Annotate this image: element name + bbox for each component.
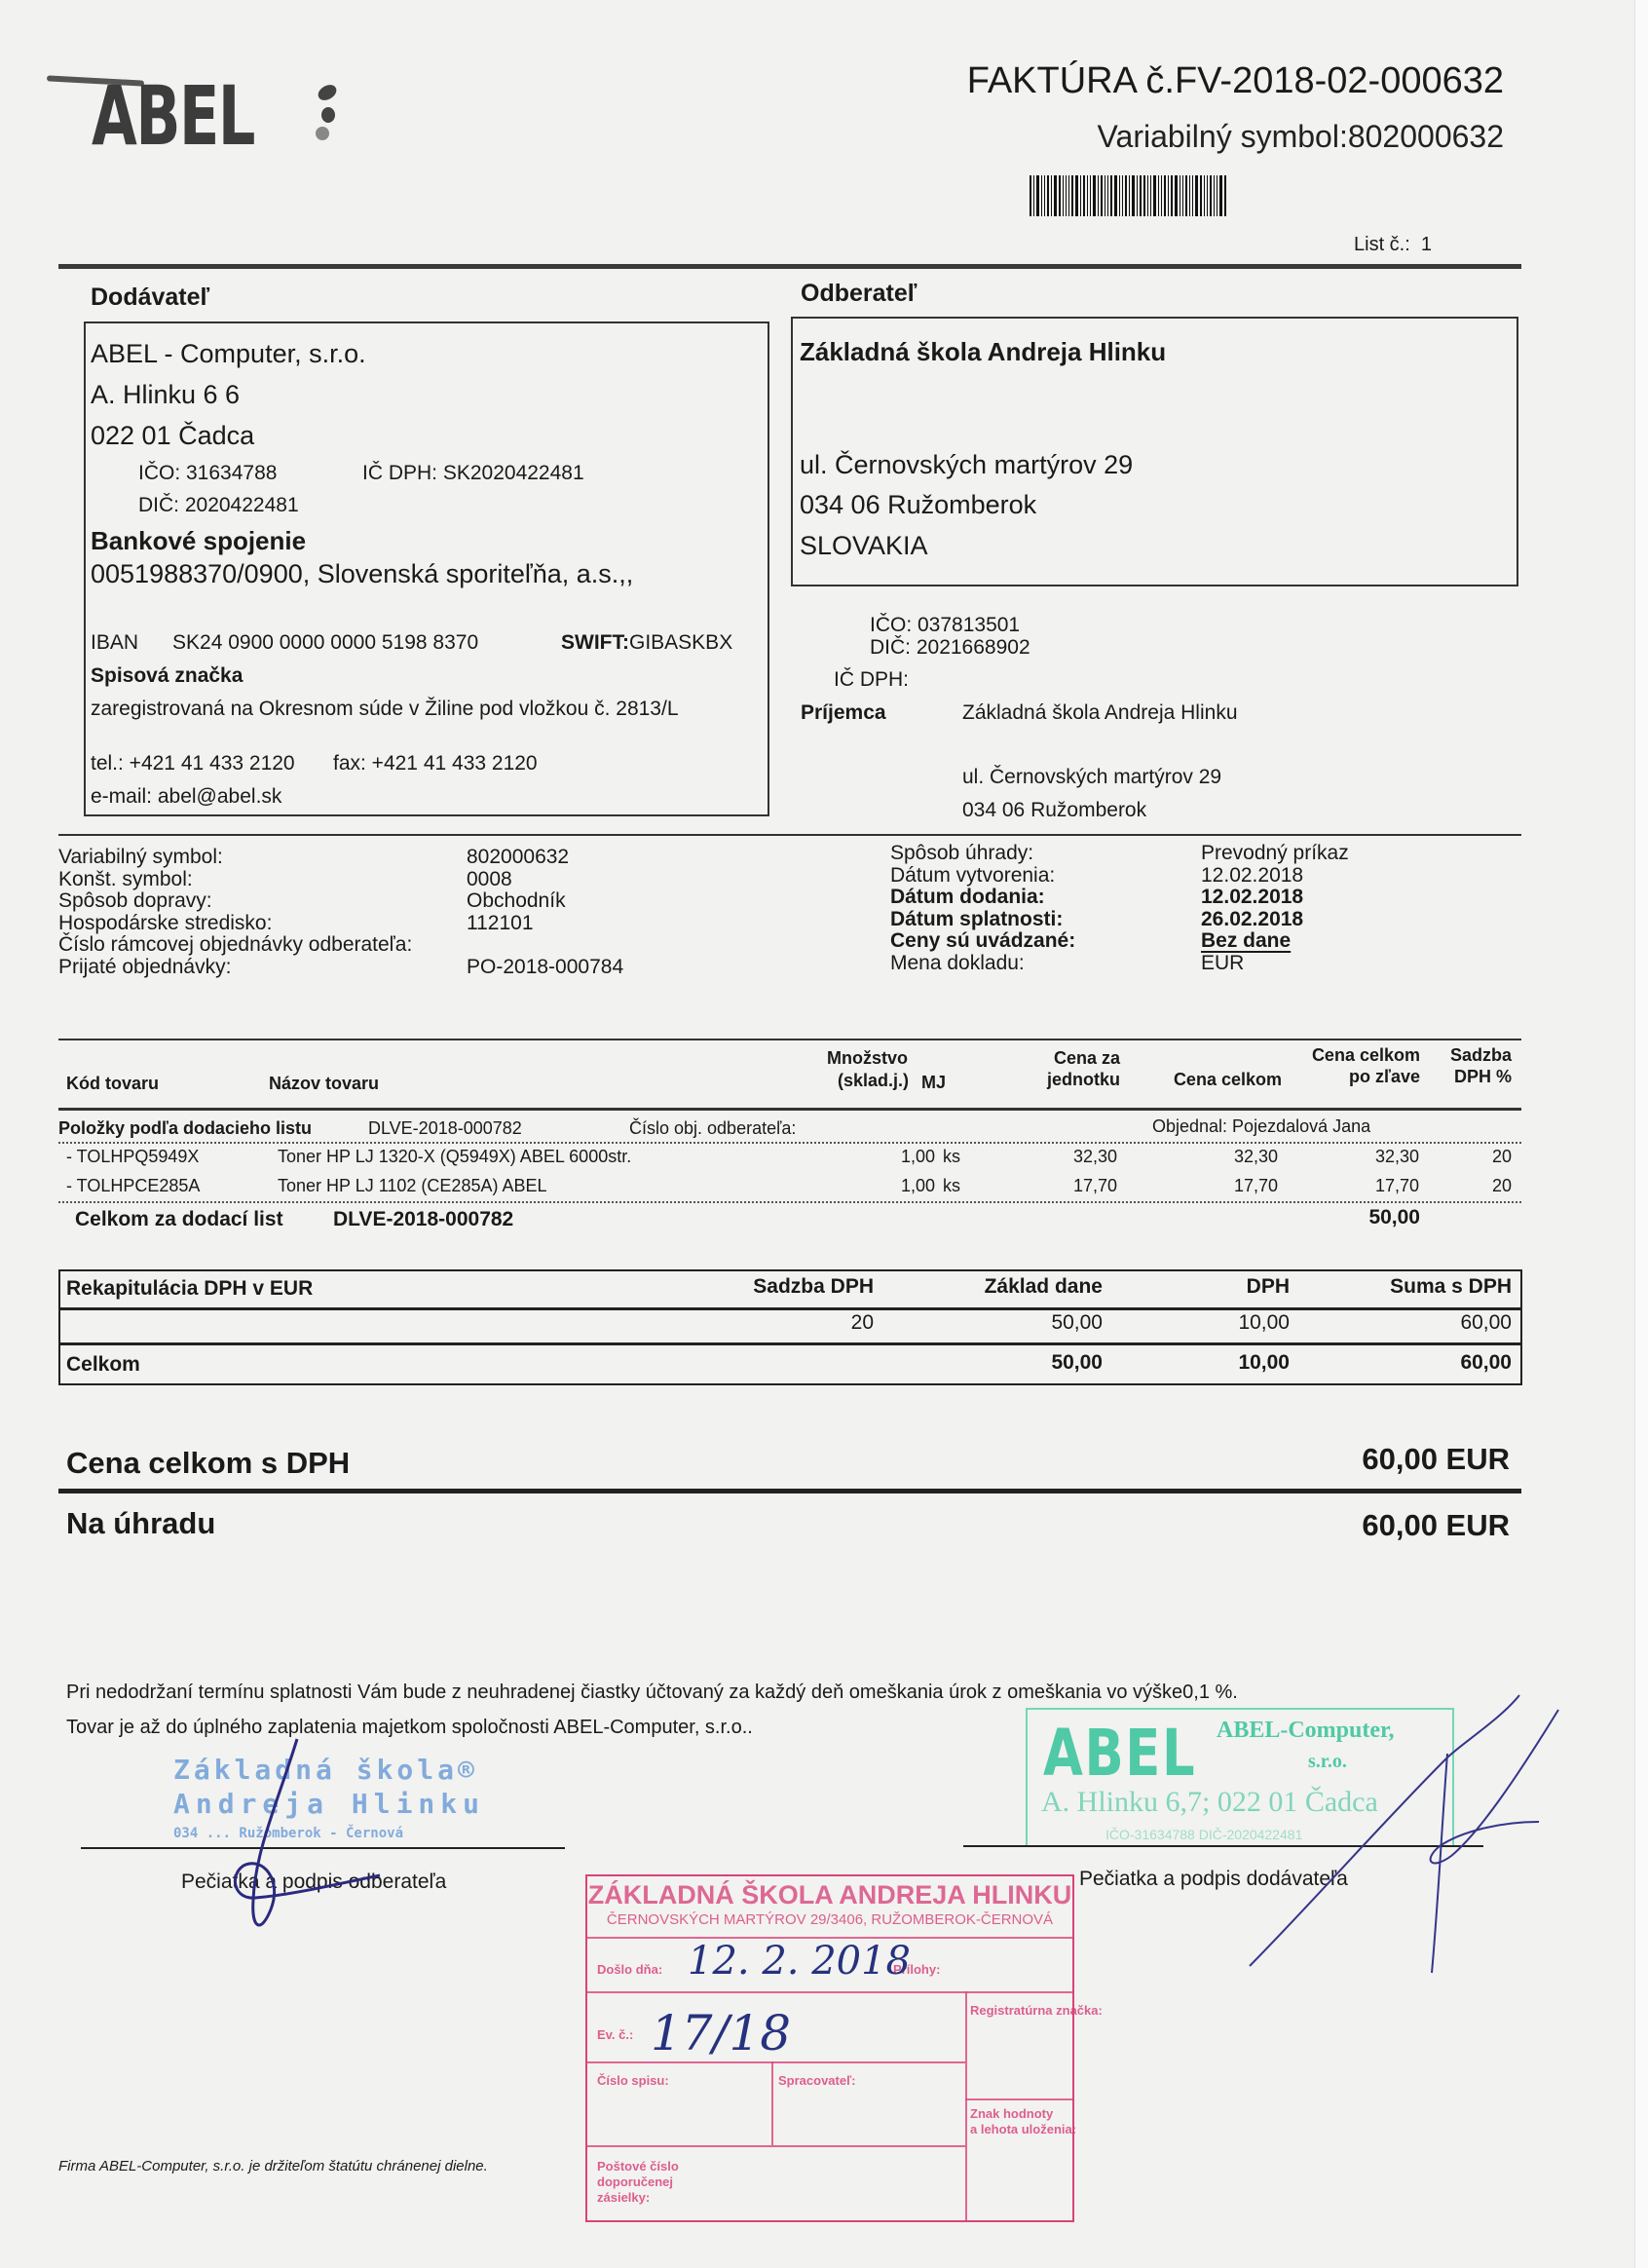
vat-col-total: Suma s DPH (1390, 1275, 1512, 1299)
info-label: Spôsob dopravy: (58, 889, 212, 913)
barcode-bar (1110, 175, 1112, 216)
barcode-bar (1098, 175, 1099, 216)
item-qty: 1,00 (901, 1147, 935, 1167)
handler-label: Spracovateľ: (778, 2073, 855, 2088)
vat-col-base: Základ dane (985, 1275, 1103, 1299)
col-vat-1: Sadzba (1450, 1045, 1512, 1066)
iban-value: SK24 0900 0000 0000 5198 8370 (172, 631, 478, 655)
recipient-city: 034 06 Ružomberok (962, 799, 1146, 822)
registry-stamp-title: ZÁKLADNÁ ŠKOLA ANDREJA HLINKU (587, 1880, 1072, 1910)
barcode-bar (1217, 175, 1217, 216)
barcode-bar (1153, 175, 1156, 216)
barcode-bar (1189, 175, 1190, 216)
barcode-bar (1107, 175, 1108, 216)
item-total-discounted: 32,30 (1375, 1147, 1419, 1167)
barcode-bar (1044, 175, 1045, 216)
barcode-bar (1147, 175, 1148, 216)
barcode-bar (1204, 175, 1205, 216)
barcode-bar (1083, 175, 1085, 216)
info-label: Dátum dodania: (890, 886, 1045, 909)
supplier-phone: tel.: +421 41 433 2120 (91, 752, 295, 775)
info-value: EUR (1201, 952, 1244, 975)
received-date-handwritten: 12. 2. 2018 (688, 1939, 911, 1984)
barcode-bar (1214, 175, 1215, 216)
supplier-dic: DIČ: 2020422481 (138, 494, 299, 517)
barcode-bar (1093, 175, 1096, 216)
retention-label-2: a lehota uloženia: (970, 2122, 1076, 2136)
barcode-bar (1175, 175, 1178, 216)
col-total: Cena celkom (1174, 1070, 1282, 1090)
barcode-bar (1047, 175, 1049, 216)
info-value: 802000632 (467, 846, 569, 869)
barcode (1030, 175, 1252, 216)
item-name: Toner HP LJ 1102 (CE285A) ABEL (278, 1176, 547, 1196)
customer-ico: IČO: 037813501 (870, 614, 1020, 637)
registry-divider (771, 2061, 773, 2145)
barcode-bar (1224, 175, 1226, 216)
info-value: 12.02.2018 (1201, 864, 1303, 888)
barcode-bar (1171, 175, 1173, 216)
registry-stamp-subtitle: ČERNOVSKÝCH MARTÝROV 29/3406, RUŽOMBEROK… (587, 1911, 1072, 1928)
supplier-heading: Dodávateľ (91, 283, 209, 312)
supplier-street: A. Hlinku 6 6 (91, 380, 240, 410)
barcode-bar (1051, 175, 1052, 216)
vat-amount: 10,00 (1238, 1311, 1290, 1335)
barcode-bar (1122, 175, 1123, 216)
barcode-bar (1129, 175, 1130, 216)
item-vat-rate: 20 (1492, 1176, 1512, 1196)
info-label: Prijaté objednávky: (58, 956, 231, 979)
barcode-bar (1087, 175, 1088, 216)
header-divider (58, 264, 1521, 269)
col-code: Kód tovaru (66, 1074, 159, 1094)
barcode-bar (1041, 175, 1042, 216)
registry-divider (965, 2098, 1072, 2100)
items-divider (58, 1201, 1521, 1203)
supplier-name: ABEL - Computer, s.r.o. (91, 339, 366, 369)
supplier-stamp-address: A. Hlinku 6,7; 022 01 Čadca (1041, 1786, 1378, 1819)
items-header-divider (58, 1108, 1521, 1111)
invoice-page: ABEL FAKTÚRA č.FV-2018-02-000632 Variabi… (0, 0, 1648, 2268)
reg-no-label: Ev. č.: (597, 2027, 633, 2042)
barcode-bar (1054, 175, 1057, 216)
file-no-label: Číslo spisu: (597, 2073, 669, 2088)
item-unit: ks (943, 1176, 960, 1196)
vat-total-vat: 10,00 (1238, 1351, 1290, 1375)
variable-symbol-title: Variabilný symbol:802000632 (1098, 119, 1504, 155)
customer-name: Základná škola Andreja Hlinku (800, 337, 1166, 367)
recipient-label: Príjemca (801, 701, 886, 725)
col-name: Názov tovaru (269, 1074, 379, 1094)
footer-note: Firma ABEL-Computer, s.r.o. je držiteľom… (58, 2158, 488, 2174)
info-value: 0008 (467, 868, 512, 891)
vat-col-rate: Sadzba DPH (753, 1275, 874, 1299)
vat-total-divider (58, 1342, 1522, 1345)
info-value: PO-2018-000784 (467, 956, 623, 979)
item-total: 32,30 (1234, 1147, 1278, 1167)
info-label: Číslo rámcovej objednávky odberateľa: (58, 933, 412, 957)
info-label: Spôsob úhrady: (890, 842, 1033, 865)
vat-total: 60,00 (1460, 1311, 1512, 1335)
customer-stamp-line1: Základná škola® (173, 1754, 485, 1786)
recipient-name: Základná škola Andreja Hlinku (962, 701, 1238, 725)
col-vat-2: DPH % (1454, 1067, 1512, 1087)
barcode-bar (1090, 175, 1091, 216)
bank-account: 0051988370/0900, Slovenská sporiteľňa, a… (91, 559, 633, 589)
barcode-bar (1105, 175, 1105, 216)
barcode-bar (1063, 175, 1064, 216)
vat-col-vat: DPH (1247, 1275, 1290, 1299)
item-unit: ks (943, 1147, 960, 1167)
received-label: Došlo dňa: (597, 1962, 662, 1977)
registry-divider (965, 1991, 967, 2220)
vat-title: Rekapitulácia DPH v EUR (66, 1277, 313, 1301)
barcode-bar (1030, 175, 1031, 216)
supplier-stamp-sro: s.r.o. (1308, 1751, 1347, 1773)
item-code: - TOLHPCE285A (66, 1176, 200, 1196)
info-divider-top (58, 834, 1521, 836)
to-pay-value: 60,00 EUR (1362, 1508, 1510, 1543)
barcode-bar (1119, 175, 1120, 216)
group-divider (58, 1142, 1521, 1144)
item-unit-price: 32,30 (1073, 1147, 1117, 1167)
barcode-bar (1080, 175, 1081, 216)
col-unit-price-2: jednotku (1047, 1070, 1120, 1090)
late-payment-note: Pri nedodržaní termínu splatnosti Vám bu… (66, 1682, 1238, 1704)
info-label: Hospodárske stredisko: (58, 912, 272, 935)
customer-stamp: Základná škola® Andreja Hlinku 034 ... R… (173, 1754, 485, 1841)
info-value: 112101 (467, 912, 534, 935)
barcode-bar (1150, 175, 1151, 216)
supplier-ic-dph: IČ DPH: SK2020422481 (362, 462, 584, 485)
subtotal-label: Celkom za dodací list (75, 1208, 283, 1231)
item-unit-price: 17,70 (1073, 1176, 1117, 1196)
col-unit: MJ (921, 1073, 946, 1093)
supplier-stamp: ABEL ABEL-Computer, s.r.o. A. Hlinku 6,7… (1026, 1708, 1454, 1847)
reg-no-handwritten: 17/18 (651, 2005, 791, 2061)
iban-label: IBAN (91, 631, 138, 655)
totals-divider (58, 1489, 1521, 1493)
customer-country: SLOVAKIA (800, 531, 928, 561)
vat-header-divider (58, 1307, 1522, 1310)
ownership-note: Tovar je až do úplného zaplatenia majetk… (66, 1717, 753, 1739)
barcode-bar (1132, 175, 1135, 216)
barcode-bar (1207, 175, 1208, 216)
info-value: Obchodník (467, 889, 566, 913)
supplier-stamp-ids: IČO-31634788 DIČ-2020422481 (1105, 1827, 1302, 1842)
barcode-bar (1066, 175, 1067, 216)
barcode-bar (1195, 175, 1198, 216)
col-total-disc-2: po zľave (1349, 1067, 1420, 1087)
info-label: Mena dokladu: (890, 952, 1025, 975)
customer-street: ul. Černovských martýrov 29 (800, 450, 1133, 480)
customer-signature-line (81, 1847, 565, 1849)
supplier-stamp-company: ABEL-Computer, (1217, 1718, 1394, 1744)
vat-total-sum: 60,00 (1460, 1351, 1512, 1375)
supplier-stamp-logo: ABEL (1043, 1716, 1196, 1791)
info-divider-bottom (58, 1039, 1521, 1040)
to-pay-label: Na úhradu (66, 1506, 215, 1541)
registry-divider (587, 2061, 965, 2063)
barcode-bar (1219, 175, 1222, 216)
recipient-street: ul. Černovských martýrov 29 (962, 766, 1221, 789)
vat-base: 50,00 (1051, 1311, 1103, 1335)
barcode-bar (1114, 175, 1117, 216)
vat-total-label: Celkom (66, 1353, 140, 1377)
scan-edge (1634, 0, 1648, 2268)
logo-text: ABEL (92, 68, 254, 164)
barcode-bar (1059, 175, 1061, 216)
subtotal-value: 50,00 (1368, 1206, 1420, 1229)
customer-stamp-line2: Andreja Hlinku (173, 1788, 485, 1820)
supplier-signature-line (963, 1845, 1483, 1847)
barcode-bar (1168, 175, 1169, 216)
barcode-bar (1033, 175, 1034, 216)
group-delivery-note: DLVE-2018-000782 (368, 1118, 522, 1139)
col-total-disc-1: Cena celkom (1312, 1045, 1420, 1066)
info-value: Prevodný príkaz (1201, 842, 1349, 865)
customer-ic-dph: IČ DPH: (834, 668, 909, 692)
supplier-ico: IČO: 31634788 (138, 462, 277, 485)
info-value: 12.02.2018 (1201, 886, 1303, 909)
sheet-value: 1 (1421, 234, 1432, 255)
swift: SWIFT:GIBASKBX (561, 631, 732, 655)
bank-heading: Bankové spojenie (91, 526, 306, 556)
group-label: Položky podľa dodacieho listu (58, 1118, 312, 1139)
customer-dic: DIČ: 2021668902 (870, 636, 1030, 660)
customer-order-label: Číslo obj. odberateľa: (629, 1118, 796, 1139)
postal-label-3: zásielky: (597, 2190, 650, 2205)
col-qty-1: Množstvo (827, 1048, 908, 1069)
ordered-by: Objednal: Pojezdalová Jana (1152, 1116, 1370, 1137)
info-value: Bez dane (1201, 929, 1291, 953)
barcode-bar (1143, 175, 1145, 216)
registry-divider (587, 1991, 1072, 1993)
item-vat-rate: 20 (1492, 1147, 1512, 1167)
sheet-number: List č.: 1 (1354, 234, 1432, 256)
subtotal-note: DLVE-2018-000782 (333, 1208, 513, 1231)
supplier-fax: fax: +421 41 433 2120 (333, 752, 538, 775)
col-unit-price-1: Cena za (1054, 1048, 1120, 1069)
register-text: zaregistrovaná na Okresnom súde v Žiline… (91, 698, 679, 721)
barcode-bar (1071, 175, 1073, 216)
barcode-bar (1140, 175, 1142, 216)
customer-signature-label: Pečiatka a podpis odberateľa (181, 1871, 446, 1894)
barcode-bar (1125, 175, 1127, 216)
item-qty: 1,00 (901, 1176, 935, 1196)
barcode-bar (1200, 175, 1202, 216)
total-with-vat-value: 60,00 EUR (1362, 1442, 1510, 1477)
swift-label: SWIFT: (561, 631, 629, 654)
info-label: Konšt. symbol: (58, 868, 193, 891)
info-label: Dátum vytvorenia: (890, 864, 1055, 888)
postal-label-1: Poštové číslo (597, 2159, 679, 2173)
barcode-bar (1185, 175, 1187, 216)
info-value: 26.02.2018 (1201, 908, 1303, 931)
barcode-bar (1068, 175, 1069, 216)
supplier-signature-label: Pečiatka a podpis dodávateľa (1079, 1868, 1348, 1891)
barcode-bar (1101, 175, 1103, 216)
barcode-bar (1192, 175, 1193, 216)
barcode-bar (1182, 175, 1183, 216)
total-with-vat-label: Cena celkom s DPH (66, 1446, 350, 1481)
barcode-bar (1036, 175, 1039, 216)
invoice-title: FAKTÚRA č.FV-2018-02-000632 (967, 60, 1504, 102)
registry-divider (587, 2145, 965, 2147)
item-name: Toner HP LJ 1320-X (Q5949X) ABEL 6000str… (278, 1147, 631, 1167)
barcode-bar (1180, 175, 1180, 216)
vat-total-base: 50,00 (1051, 1351, 1103, 1375)
barcode-bar (1161, 175, 1162, 216)
supplier-email: e-mail: abel@abel.sk (91, 785, 281, 809)
supplier-city: 022 01 Čadca (91, 421, 254, 451)
abel-logo: ABEL (47, 68, 358, 166)
retention-label-1: Znak hodnoty (970, 2106, 1053, 2121)
swift-value: GIBASKBX (629, 631, 732, 654)
postal-label-2: doporučenej (597, 2174, 673, 2189)
item-total-discounted: 17,70 (1375, 1176, 1419, 1196)
customer-city: 034 06 Ružomberok (800, 490, 1036, 520)
info-label: Dátum splatnosti: (890, 908, 1063, 931)
item-code: - TOLHPQ5949X (66, 1147, 199, 1167)
barcode-bar (1164, 175, 1166, 216)
info-label: Variabilný symbol: (58, 846, 223, 869)
register-heading: Spisová značka (91, 664, 243, 688)
barcode-bar (1158, 175, 1159, 216)
col-qty-2: (sklad.j.) (838, 1071, 909, 1091)
info-label: Ceny sú uvádzané: (890, 929, 1075, 953)
item-total: 17,70 (1234, 1176, 1278, 1196)
vat-rate: 20 (851, 1311, 874, 1335)
barcode-bar (1137, 175, 1138, 216)
customer-stamp-line3: 034 ... Ružomberok - Černová (173, 1826, 485, 1841)
barcode-bar (1210, 175, 1212, 216)
customer-heading: Odberateľ (801, 280, 917, 308)
registry-mark-label: Registratúrna značka: (970, 2003, 1103, 2018)
sheet-label: List č.: (1354, 234, 1410, 255)
barcode-bar (1075, 175, 1078, 216)
